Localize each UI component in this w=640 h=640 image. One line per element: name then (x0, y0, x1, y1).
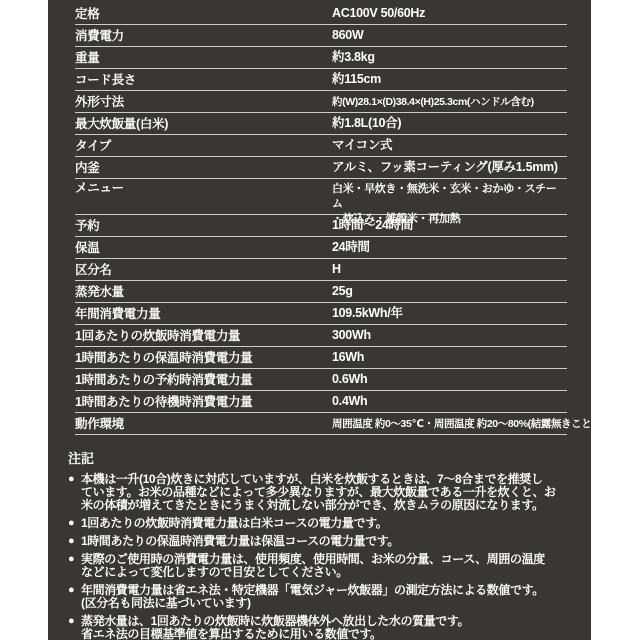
note-text: 本機は一升(10合)炊きに対応していますが、白米を炊飯するときは、7〜8合までを… (81, 473, 588, 512)
spec-value: 24時間 (332, 241, 567, 255)
spec-value: 300Wh (332, 329, 567, 343)
spec-value: マイコン式 (332, 139, 567, 153)
note-text: 1時間あたりの保温時消費電力量は保温コースの電力量です。 (81, 535, 588, 548)
spec-label: 保温 (75, 242, 332, 255)
notes-list: ● 本機は一升(10合)炊きに対応していますが、白米を炊飯するときは、7〜8合ま… (68, 473, 588, 640)
note-item-evaporation-definition: ● 蒸発水量は、1回あたりの炊飯時に炊飯器機体外へ放出した水の質量です。 省エネ… (68, 615, 588, 640)
notes-section: 注記 ● 本機は一升(10合)炊きに対応していますが、白米を炊飯するときは、7〜… (68, 448, 588, 640)
spec-value: AC100V 50/60Hz (332, 7, 567, 21)
spec-label: 蒸発水量 (75, 286, 332, 299)
spec-label: タイプ (75, 140, 332, 153)
spec-label: 1時間あたりの予約時消費電力量 (75, 374, 332, 387)
spec-row-category-name: 区分名 H (75, 259, 567, 281)
spec-row-max-capacity: 最大炊飯量(白米) 約1.8L(10合) (75, 113, 567, 135)
spec-label: 1時間あたりの保温時消費電力量 (75, 352, 332, 365)
spec-label: 予約 (75, 220, 332, 233)
spec-label: 内釜 (75, 162, 332, 175)
spec-row-dimensions: 外形寸法 約(W)28.1×(D)38.4×(H)25.3cm(ハンドル含む) (75, 91, 567, 113)
bullet-icon: ● (68, 615, 81, 628)
spec-label: 重量 (75, 52, 332, 65)
spec-row-weight: 重量 約3.8kg (75, 47, 567, 69)
spec-value: アルミ、フッ素コーティング(厚み1.5mm) (332, 161, 567, 175)
spec-row-energy-keep-warm: 1時間あたりの保温時消費電力量 16Wh (75, 347, 567, 369)
spec-panel: 定格 AC100V 50/60Hz 消費電力 860W 重量 約3.8kg コー… (48, 0, 591, 640)
spec-row-operating-environment: 動作環境 周囲温度 約0〜35℃・周囲温度 約20〜80%(結露無きこと) (75, 413, 567, 435)
spec-label: 動作環境 (75, 418, 332, 431)
spec-label: 外形寸法 (75, 96, 332, 109)
note-item-cook-energy: ● 1回あたりの炊飯時消費電力量は白米コースの電力量です。 (68, 517, 588, 530)
spec-value: 約(W)28.1×(D)38.4×(H)25.3cm(ハンドル含む) (332, 97, 567, 109)
spec-value: 25g (332, 285, 567, 299)
bullet-icon: ● (68, 535, 81, 548)
spec-row-type: タイプ マイコン式 (75, 135, 567, 157)
bullet-icon: ● (68, 553, 81, 566)
note-text: 実際のご使用時の消費電力量は、使用頻度、使用時間、お米の分量、コース、周囲の温度… (81, 553, 588, 579)
spec-value: 約3.8kg (332, 51, 567, 65)
spec-value: 0.6Wh (332, 373, 567, 387)
spec-value: 周囲温度 約0〜35℃・周囲温度 約20〜80%(結露無きこと) (332, 419, 594, 431)
note-text: 1回あたりの炊飯時消費電力量は白米コースの電力量です。 (81, 517, 588, 530)
bullet-icon: ● (68, 517, 81, 530)
note-item-annual-energy-method: ● 年間消費電力量は省エネ法・特定機器「電気ジャー炊飯器」の測定方法による数値で… (68, 584, 588, 610)
bullet-icon: ● (68, 584, 81, 597)
product-spec-image: 定格 AC100V 50/60Hz 消費電力 860W 重量 約3.8kg コー… (0, 0, 640, 640)
spec-row-evaporation: 蒸発水量 25g (75, 281, 567, 303)
spec-label: 年間消費電力量 (75, 308, 332, 321)
note-item-capacity-recommendation: ● 本機は一升(10合)炊きに対応していますが、白米を炊飯するときは、7〜8合ま… (68, 473, 588, 512)
spec-label: 定格 (75, 8, 332, 21)
bullet-icon: ● (68, 473, 81, 486)
spec-label: コード長さ (75, 74, 332, 87)
note-item-actual-usage: ● 実際のご使用時の消費電力量は、使用頻度、使用時間、お米の分量、コース、周囲の… (68, 553, 588, 579)
spec-row-energy-timer: 1時間あたりの予約時消費電力量 0.6Wh (75, 369, 567, 391)
note-item-keep-warm-energy: ● 1時間あたりの保温時消費電力量は保温コースの電力量です。 (68, 535, 588, 548)
spec-value: 0.4Wh (332, 395, 567, 409)
spec-row-power-consumption: 消費電力 860W (75, 25, 567, 47)
spec-value: 1時間〜24時間 (332, 219, 567, 233)
spec-label: 最大炊飯量(白米) (75, 118, 332, 131)
spec-label: メニュー (75, 182, 332, 195)
spec-row-annual-energy: 年間消費電力量 109.5kWh/年 (75, 303, 567, 325)
spec-label: 1回あたりの炊飯時消費電力量 (75, 330, 332, 343)
spec-row-energy-per-cook: 1回あたりの炊飯時消費電力量 300Wh (75, 325, 567, 347)
spec-value: 約1.8L(10合) (332, 117, 567, 131)
spec-value: 860W (332, 29, 567, 43)
spec-value: 約115cm (332, 73, 567, 87)
spec-value: 109.5kWh/年 (332, 307, 567, 321)
spec-row-inner-pot: 内釜 アルミ、フッ素コーティング(厚み1.5mm) (75, 157, 567, 179)
spec-row-timer: 予約 1時間〜24時間 (75, 215, 567, 237)
spec-row-cord-length: コード長さ 約115cm (75, 69, 567, 91)
spec-value: 16Wh (332, 351, 567, 365)
spec-row-keep-warm: 保温 24時間 (75, 237, 567, 259)
note-text: 年間消費電力量は省エネ法・特定機器「電気ジャー炊飯器」の測定方法による数値です。… (81, 584, 588, 610)
spec-row-menu: メニュー 白米・早炊き・無洗米・玄米・おかゆ・スチーム ・炊込み・雑穀米・再加熱 (75, 179, 567, 215)
spec-label: 区分名 (75, 264, 332, 277)
spec-table: 定格 AC100V 50/60Hz 消費電力 860W 重量 約3.8kg コー… (75, 3, 567, 435)
notes-heading: 注記 (68, 448, 588, 467)
spec-value: H (332, 263, 567, 277)
note-text: 蒸発水量は、1回あたりの炊飯時に炊飯器機体外へ放出した水の質量です。 省エネ法の… (81, 615, 588, 640)
spec-row-rating: 定格 AC100V 50/60Hz (75, 3, 567, 25)
spec-row-energy-standby: 1時間あたりの待機時消費電力量 0.4Wh (75, 391, 567, 413)
spec-label: 消費電力 (75, 30, 332, 43)
spec-label: 1時間あたりの待機時消費電力量 (75, 396, 332, 409)
